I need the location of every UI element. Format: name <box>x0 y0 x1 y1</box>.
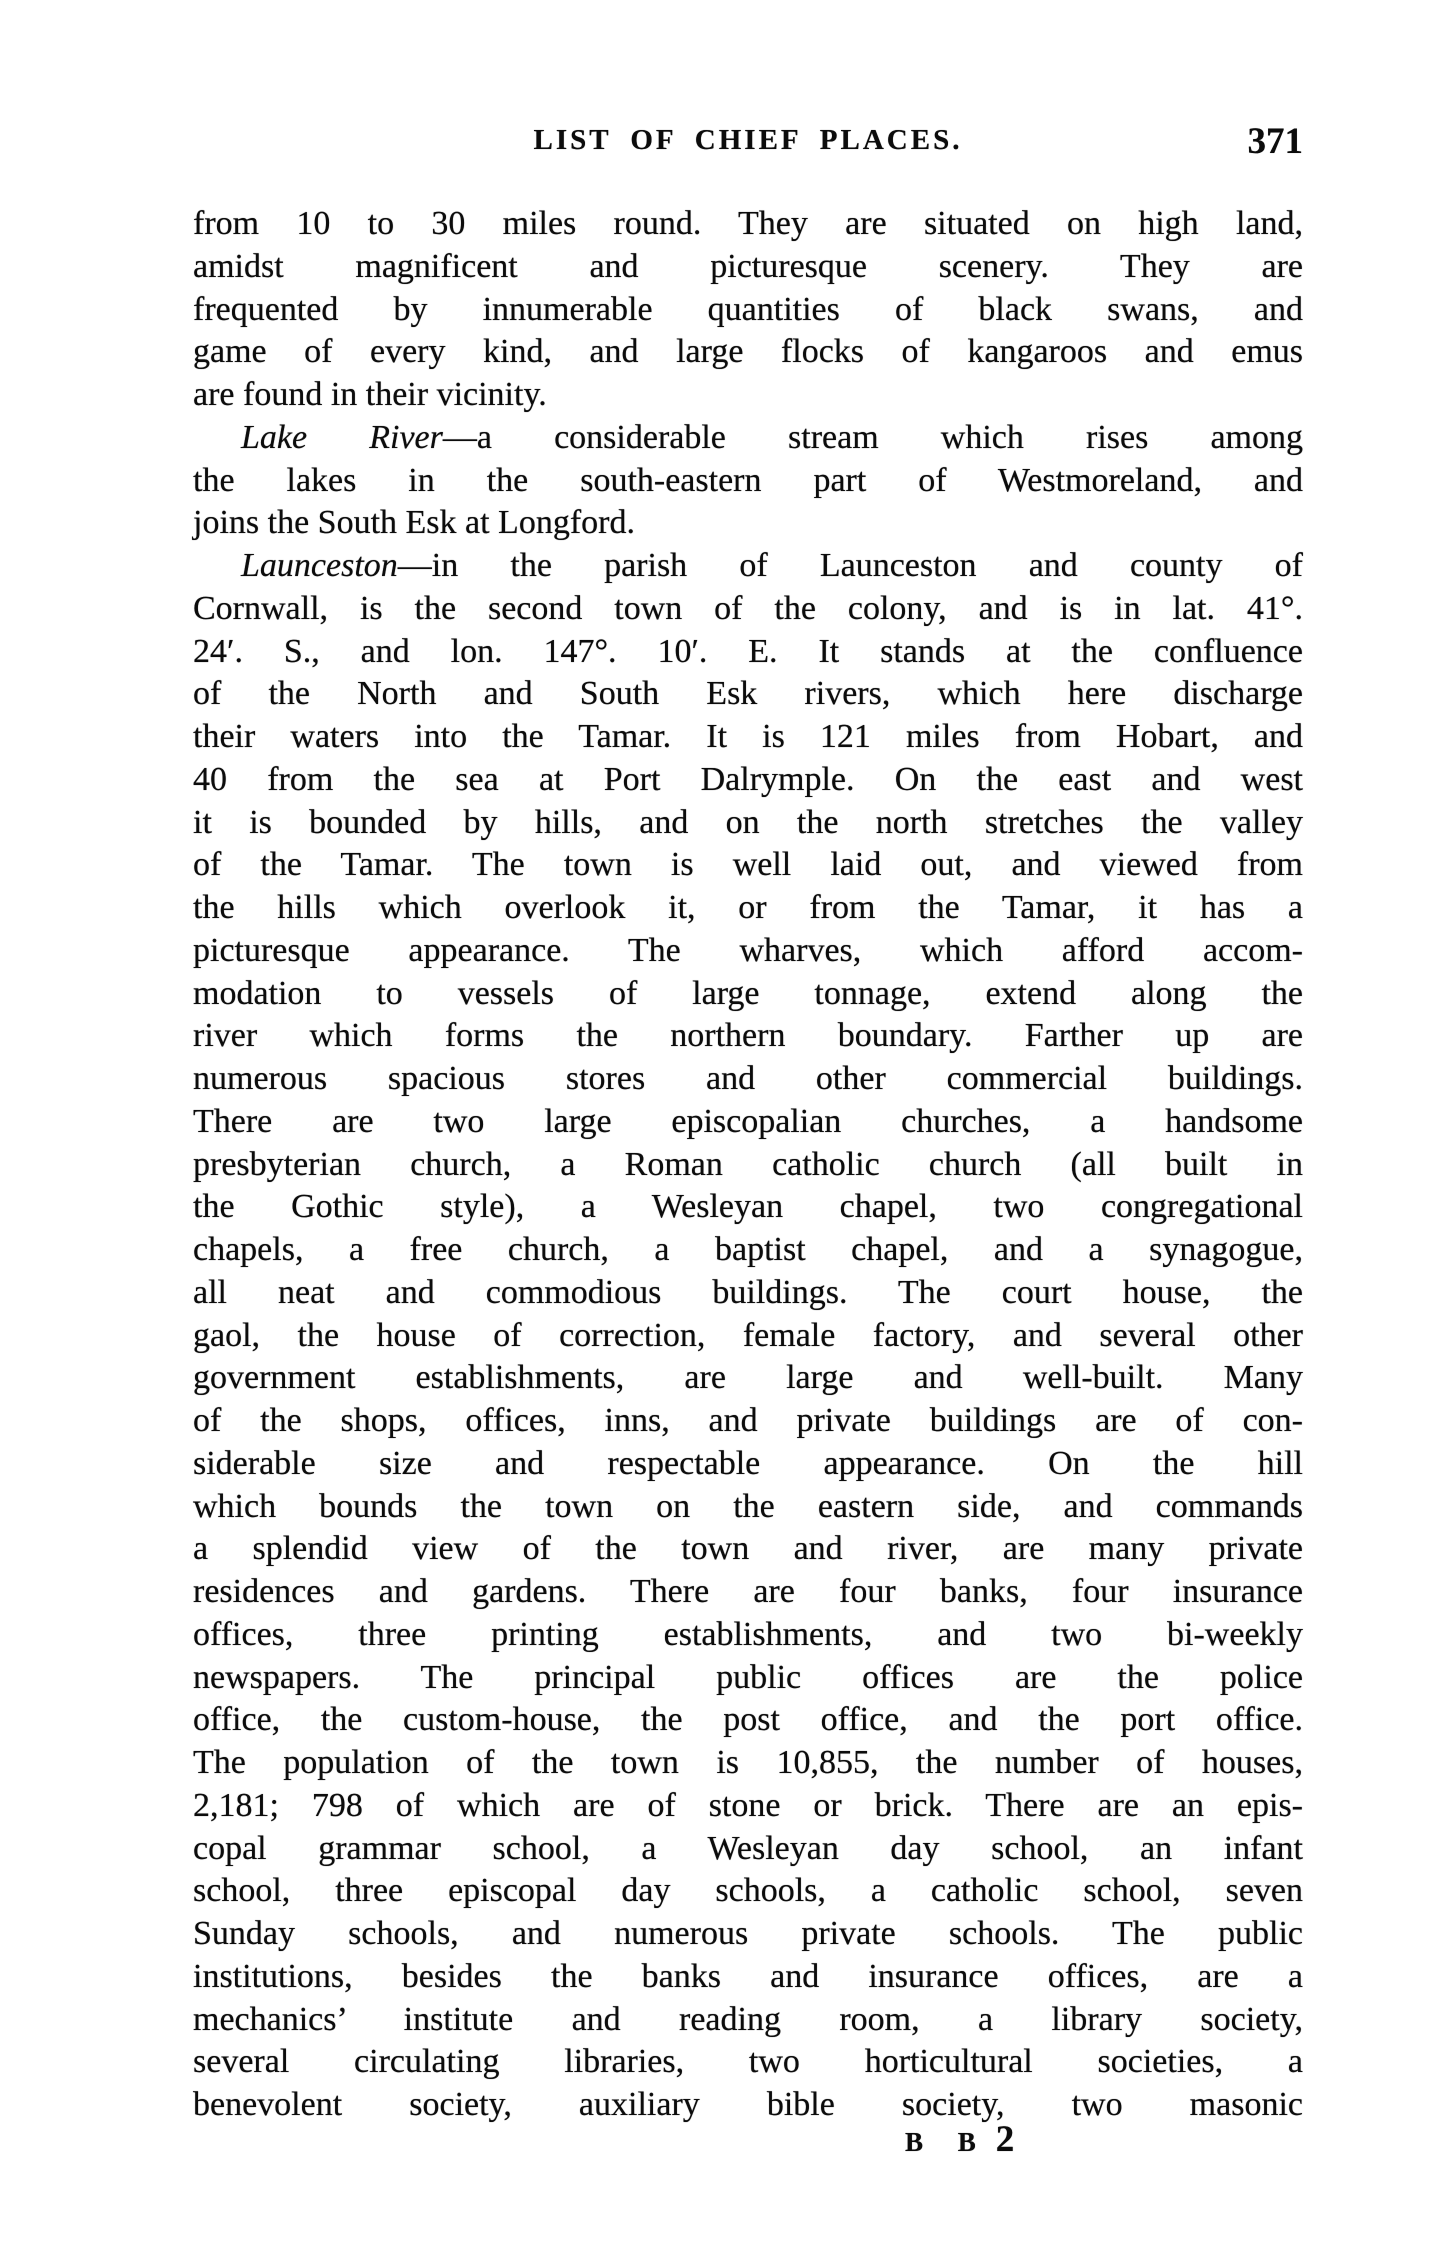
text-line: game of every kind, and large flocks of … <box>193 331 1303 374</box>
book-page: LIST OF CHIEF PLACES. 371 from 10 to 30 … <box>0 0 1435 2251</box>
text-line: are found in their vicinity. <box>193 374 1303 417</box>
text-line: all neat and commodious buildings. The c… <box>193 1272 1303 1315</box>
text-line: gaol, the house of correction, female fa… <box>193 1315 1303 1358</box>
place-name-italic: Launceston <box>241 547 398 584</box>
text-line: Cornwall, is the second town of the colo… <box>193 588 1303 631</box>
text-line: the hills which overlook it, or from the… <box>193 887 1303 930</box>
text-line: from 10 to 30 miles round. They are situ… <box>193 203 1303 246</box>
text-line: school, three episcopal day schools, a c… <box>193 1870 1303 1913</box>
page-number: 371 <box>193 120 1303 163</box>
text-line: picturesque appearance. The wharves, whi… <box>193 930 1303 973</box>
text-line: it is bounded by hills, and on the north… <box>193 802 1303 845</box>
text-line: joins the South Esk at Longford. <box>193 502 1303 545</box>
text-line: office, the custom-house, the post offic… <box>193 1699 1303 1742</box>
text-line: Launceston—in the parish of Launceston a… <box>193 545 1303 588</box>
text-line: of the Tamar. The town is well laid out,… <box>193 844 1303 887</box>
text-line: several circulating libraries, two horti… <box>193 2041 1303 2084</box>
text-line: There are two large episcopalian churche… <box>193 1101 1303 1144</box>
text-line: chapels, a free church, a baptist chapel… <box>193 1229 1303 1272</box>
text-line: numerous spacious stores and other comme… <box>193 1058 1303 1101</box>
text-line: 24′. S., and lon. 147°. 10′. E. It stand… <box>193 631 1303 674</box>
text-line: the Gothic style), a Wesleyan chapel, tw… <box>193 1186 1303 1229</box>
signature-mark: B B2 <box>905 2118 1014 2161</box>
text-line: modation to vessels of large tonnage, ex… <box>193 973 1303 1016</box>
text-line: The population of the town is 10,855, th… <box>193 1742 1303 1785</box>
text-line: residences and gardens. There are four b… <box>193 1571 1303 1614</box>
text-line: of the shops, offices, inns, and private… <box>193 1400 1303 1443</box>
text-line: amidst magnificent and picturesque scene… <box>193 246 1303 289</box>
text-line: river which forms the northern boundary.… <box>193 1015 1303 1058</box>
text-line: benevolent society, auxiliary bible soci… <box>193 2084 1303 2127</box>
text-line: of the North and South Esk rivers, which… <box>193 673 1303 716</box>
text-line: 2,181; 798 of which are of stone or bric… <box>193 1785 1303 1828</box>
text-line: Lake River—a considerable stream which r… <box>193 417 1303 460</box>
signature-numeral: 2 <box>996 2119 1015 2160</box>
text-line: 40 from the sea at Port Dalrymple. On th… <box>193 759 1303 802</box>
text-line: offices, three printing establishments, … <box>193 1614 1303 1657</box>
place-name-italic: Lake River <box>241 419 443 456</box>
text-line: mechanics’ institute and reading room, a… <box>193 1999 1303 2042</box>
text-line: which bounds the town on the eastern sid… <box>193 1486 1303 1529</box>
text-line: newspapers. The principal public offices… <box>193 1657 1303 1700</box>
text-line: copal grammar school, a Wesleyan day sch… <box>193 1828 1303 1871</box>
text-block: from 10 to 30 miles round. They are situ… <box>193 203 1303 2127</box>
text-line: frequented by innumerable quantities of … <box>193 289 1303 332</box>
text-line: their waters into the Tamar. It is 121 m… <box>193 716 1303 759</box>
text-line: government establishments, are large and… <box>193 1357 1303 1400</box>
text-line: a splendid view of the town and river, a… <box>193 1528 1303 1571</box>
text-line: presbyterian church, a Roman catholic ch… <box>193 1144 1303 1187</box>
text-line: Sunday schools, and numerous private sch… <box>193 1913 1303 1956</box>
signature-letters: B B <box>905 2127 990 2157</box>
text-line: siderable size and respectable appearanc… <box>193 1443 1303 1486</box>
text-line: the lakes in the south-eastern part of W… <box>193 460 1303 503</box>
text-line: institutions, besides the banks and insu… <box>193 1956 1303 1999</box>
